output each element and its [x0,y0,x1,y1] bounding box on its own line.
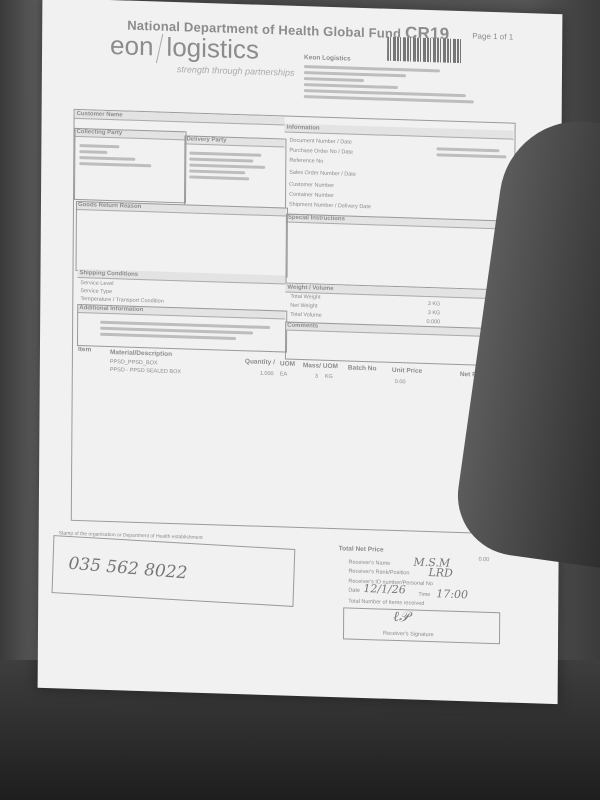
col-unit-price: Unit Price [392,367,422,375]
weight-value: 3 KG [400,309,440,316]
info-values [436,144,506,161]
receiver-rank-label: Receiver's Rank/Position [348,569,409,577]
goods-return-box [76,201,288,278]
total-net-price-value: 0.00 [479,557,490,563]
weight-label: Total Weight [290,294,320,301]
receiver-name-label: Receiver's Name [349,560,391,567]
col-mass-uom: Mass/ UOM [303,362,338,370]
item-quantity: 1.000 [260,371,274,377]
illegible-text [304,71,406,77]
special-instructions-box [285,214,514,291]
item-mass-uom: KG [325,374,333,380]
signature-scribble: ℓ𝒫 [393,609,409,626]
weight-label: Net Weight [290,303,317,310]
col-quantity: Quantity / [245,358,275,366]
date-label: Date [348,588,360,594]
shipping-label: Service Level [80,280,113,287]
col-item: Item [78,346,91,353]
item-mass: 3 [315,373,318,379]
delivery-party-address [189,149,269,185]
date-handwriting: 12/1/26 [363,582,405,596]
illegible-text [304,83,398,89]
illegible-text [304,77,364,82]
time-handwriting: 17:00 [436,587,468,601]
logo-tagline: strength through partnerships [177,64,295,78]
total-net-price-label: Total Net Price [339,545,384,553]
weight-label: Total Volume [290,312,322,319]
col-uom: UOM [280,360,295,367]
collecting-party-address [79,141,159,171]
shipping-label: Service Type [80,288,112,295]
logo-divider [156,34,163,63]
item-uom: EA [280,371,287,377]
receiver-rank-handwriting: LRD [428,566,452,580]
col-batch: Batch No [348,365,377,373]
item-unit-price: 0.00 [395,379,406,385]
info-label: Reference No [289,158,323,165]
time-label: Time [418,592,430,598]
weight-value: 0.000 [400,318,440,325]
company-logo: eonlogistics [110,30,259,67]
total-items-label: Total Number of Items received [348,599,424,607]
page-indicator: Page 1 of 1 [472,31,513,41]
company-address: Keon Logistics [304,54,474,106]
signature-box [343,607,500,644]
weight-value: 3 KG [400,300,440,307]
